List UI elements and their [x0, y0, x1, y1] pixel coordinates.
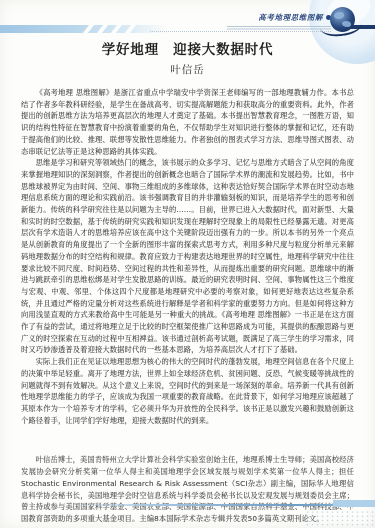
globe-land-shape — [342, 21, 351, 27]
header-series-area: 高考地理思维图解 — [258, 13, 331, 22]
series-title: 高考地理思维图解 — [258, 13, 323, 22]
footer-rule — [74, 504, 375, 506]
header-hairline — [150, 31, 331, 32]
header-stripes-decoration — [0, 25, 168, 33]
globe-land-shape — [334, 12, 344, 19]
paragraph-spatial-era: 实际上我们正在见证以地理思想为核心的伟大的空间时代的蓬勃发展，地理空间信息在各个… — [21, 356, 354, 426]
paragraph-intro: 《高考地理 思维图解》是浙江省重点中学瑞安中学资深王老师编写的一部地理教辅力作。… — [21, 87, 354, 157]
globe-icon — [330, 7, 355, 32]
paragraph-thinking: 思维是学习和研究等领域热门的概念，该书展示的众多学习、记忆与思维方式暗含了从空间… — [21, 157, 354, 356]
footer-dots-decoration — [305, 510, 375, 528]
article-author: 叶信岳 — [21, 63, 354, 77]
header-rule — [227, 26, 331, 31]
footer-block-decoration — [333, 500, 375, 507]
article-title: 学好地理 迎接大数据时代 — [21, 42, 354, 59]
scanned-page: 高考地理思维图解 学好地理 迎接大数据时代 叶信岳 《高考地理 思维图解》是浙江… — [0, 0, 375, 528]
article-content: 学好地理 迎接大数据时代 叶信岳 《高考地理 思维图解》是浙江省重点中学瑞安中学… — [21, 42, 354, 525]
